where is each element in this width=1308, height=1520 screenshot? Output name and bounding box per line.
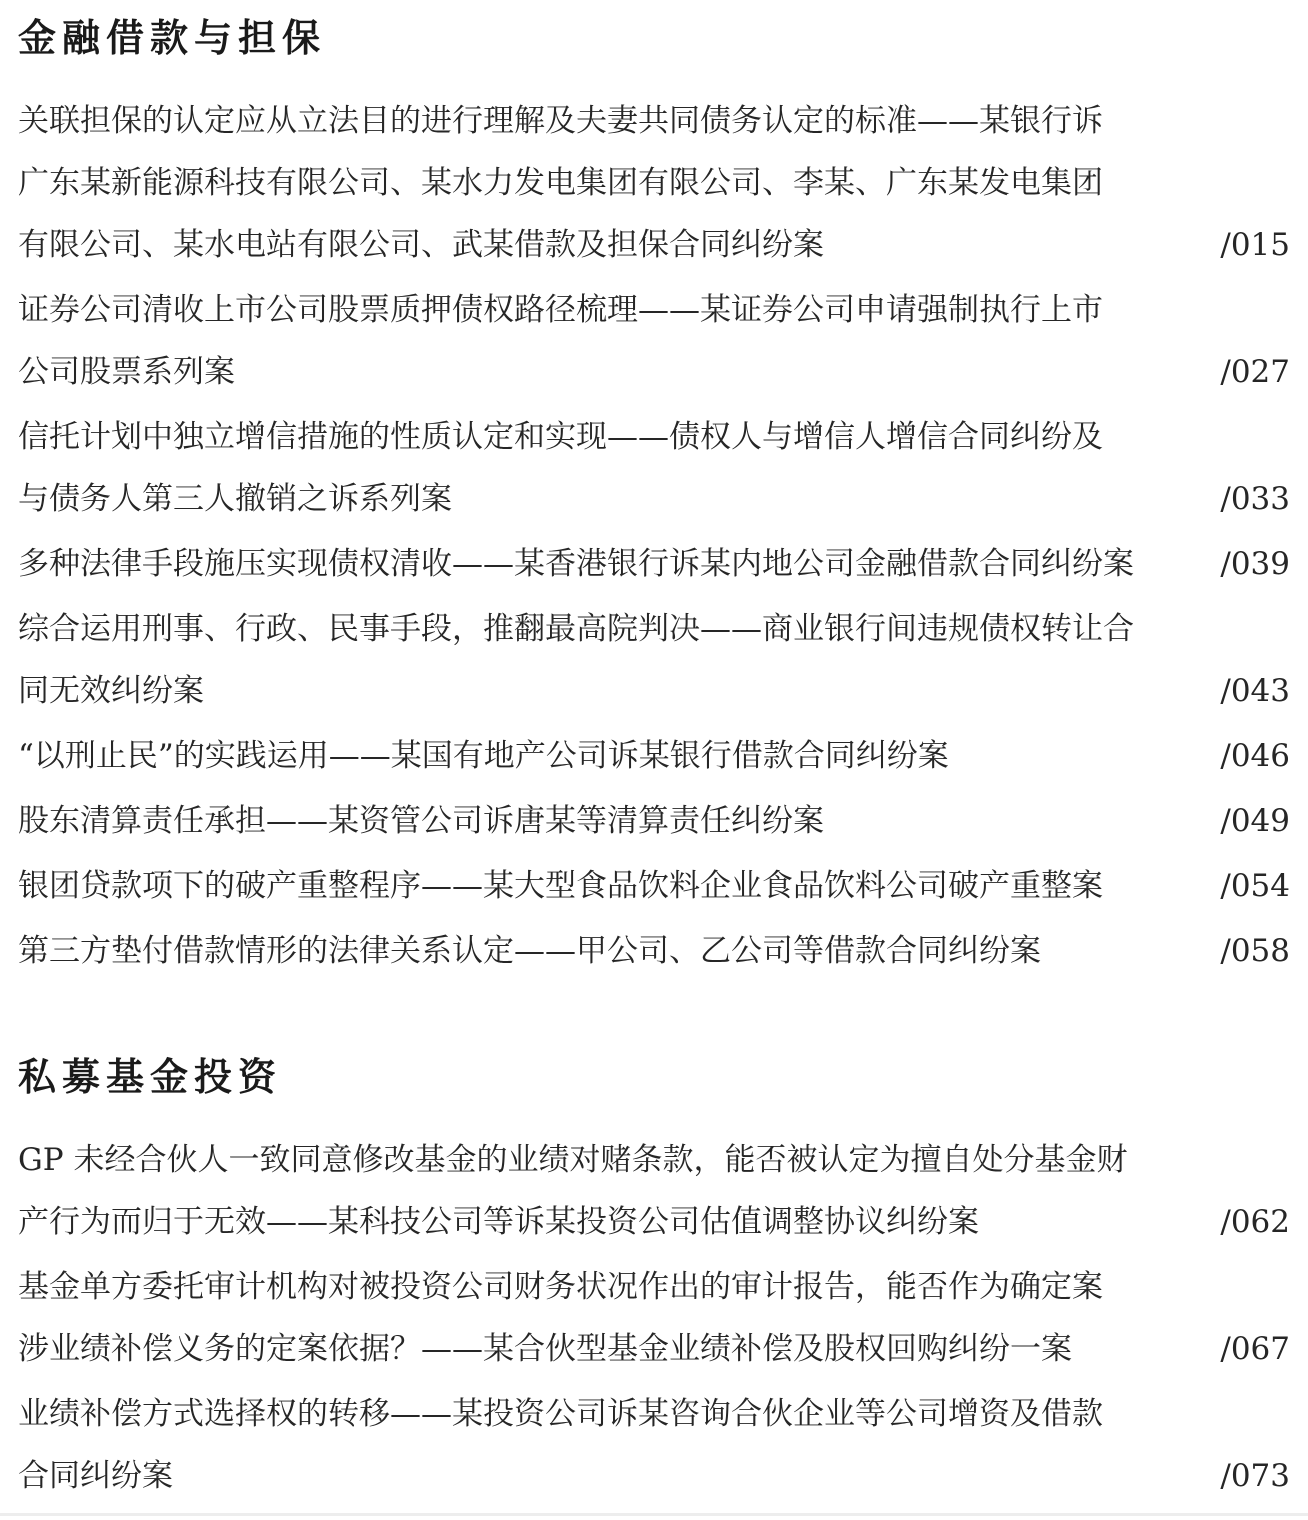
entry-line: 信托计划中独立增信措施的性质认定和实现——债权人与增信人增信合同纠纷及 [18, 406, 1290, 468]
page-number: /043 [1200, 660, 1290, 722]
entry-last-line: 与债务人第三人撤销之诉系列案 /033 [18, 468, 1290, 530]
toc-entry: 银团贷款项下的破产重整程序——某大型食品饮料企业食品饮料公司破产重整案 /054 [18, 855, 1290, 917]
entry-line: “以刑止民”的实践运用——某国有地产公司诉某银行借款合同纠纷案 [18, 725, 949, 787]
entry-line: 与债务人第三人撤销之诉系列案 [18, 468, 452, 530]
entry-line: 业绩补偿方式选择权的转移——某投资公司诉某咨询合伙企业等公司增资及借款 [18, 1383, 1290, 1445]
entry-line: 涉业绩补偿义务的定案依据？——某合伙型基金业绩补偿及股权回购纠纷一案 [18, 1318, 1072, 1380]
section-private-funds: 私募基金投资 GP 未经合伙人一致同意修改基金的业绩对赌条款，能否被认定为擅自处… [18, 1051, 1290, 1507]
toc-entry: 证券公司清收上市公司股票质押债权路径梳理——某证券公司申请强制执行上市 公司股票… [18, 279, 1290, 403]
page-number: /049 [1200, 790, 1290, 852]
entry-line: 产行为而归于无效——某科技公司等诉某投资公司估值调整协议纠纷案 [18, 1191, 979, 1253]
page-number: /067 [1200, 1318, 1290, 1380]
toc-entry: 业绩补偿方式选择权的转移——某投资公司诉某咨询合伙企业等公司增资及借款 合同纠纷… [18, 1383, 1290, 1507]
entry-line: GP 未经合伙人一致同意修改基金的业绩对赌条款，能否被认定为擅自处分基金财 [18, 1129, 1290, 1191]
entry-line: 广东某新能源科技有限公司、某水力发电集团有限公司、李某、广东某发电集团 [18, 152, 1290, 214]
toc-entry: 信托计划中独立增信措施的性质认定和实现——债权人与增信人增信合同纠纷及 与债务人… [18, 406, 1290, 530]
entry-last-line: 产行为而归于无效——某科技公司等诉某投资公司估值调整协议纠纷案 /062 [18, 1191, 1290, 1253]
toc-page: 金融借款与担保 关联担保的认定应从立法目的进行理解及夫妻共同债务认定的标准——某… [0, 0, 1308, 1520]
entry-last-line: “以刑止民”的实践运用——某国有地产公司诉某银行借款合同纠纷案 /046 [18, 725, 1290, 787]
page-number: /039 [1200, 533, 1290, 595]
entry-line: 关联担保的认定应从立法目的进行理解及夫妻共同债务认定的标准——某银行诉 [18, 90, 1290, 152]
page-number: /033 [1200, 468, 1290, 530]
entry-last-line: 合同纠纷案 /073 [18, 1445, 1290, 1507]
entry-line: 股东清算责任承担——某资管公司诉唐某等清算责任纠纷案 [18, 790, 824, 852]
page-number: /054 [1200, 855, 1290, 917]
page-number: /046 [1200, 725, 1290, 787]
entry-last-line: 同无效纠纷案 /043 [18, 660, 1290, 722]
entry-last-line: 有限公司、某水电站有限公司、武某借款及担保合同纠纷案 /015 [18, 214, 1290, 276]
page-number: /073 [1200, 1445, 1290, 1507]
entry-line: 基金单方委托审计机构对被投资公司财务状况作出的审计报告，能否作为确定案 [18, 1256, 1290, 1318]
toc-entry: 关联担保的认定应从立法目的进行理解及夫妻共同债务认定的标准——某银行诉 广东某新… [18, 90, 1290, 276]
toc-entry: “以刑止民”的实践运用——某国有地产公司诉某银行借款合同纠纷案 /046 [18, 725, 1290, 787]
page-number: /027 [1200, 341, 1290, 403]
entry-line: 第三方垫付借款情形的法律关系认定——甲公司、乙公司等借款合同纠纷案 [18, 920, 1041, 982]
toc-entry: 第三方垫付借款情形的法律关系认定——甲公司、乙公司等借款合同纠纷案 /058 [18, 920, 1290, 982]
entry-line: 证券公司清收上市公司股票质押债权路径梳理——某证券公司申请强制执行上市 [18, 279, 1290, 341]
section-title: 私募基金投资 [18, 1051, 1290, 1103]
toc-entry: 股东清算责任承担——某资管公司诉唐某等清算责任纠纷案 /049 [18, 790, 1290, 852]
entry-line: 银团贷款项下的破产重整程序——某大型食品饮料企业食品饮料公司破产重整案 [18, 855, 1103, 917]
toc-entry: 多种法律手段施压实现债权清收——某香港银行诉某内地公司金融借款合同纠纷案 /03… [18, 533, 1290, 595]
entry-last-line: 银团贷款项下的破产重整程序——某大型食品饮料企业食品饮料公司破产重整案 /054 [18, 855, 1290, 917]
entry-line: 有限公司、某水电站有限公司、武某借款及担保合同纠纷案 [18, 214, 824, 276]
entry-line: 合同纠纷案 [18, 1445, 173, 1507]
page-number: /058 [1200, 920, 1290, 982]
section-title: 金融借款与担保 [18, 12, 1290, 64]
entry-line: 综合运用刑事、行政、民事手段，推翻最高院判决——商业银行间违规债权转让合 [18, 598, 1290, 660]
toc-entry: 基金单方委托审计机构对被投资公司财务状况作出的审计报告，能否作为确定案 涉业绩补… [18, 1256, 1290, 1380]
page-number: /062 [1200, 1191, 1290, 1253]
page-edge-shadow [0, 1513, 1308, 1516]
entry-last-line: 多种法律手段施压实现债权清收——某香港银行诉某内地公司金融借款合同纠纷案 /03… [18, 533, 1290, 595]
section-finance-loans: 金融借款与担保 关联担保的认定应从立法目的进行理解及夫妻共同债务认定的标准——某… [18, 12, 1290, 982]
entry-line: 公司股票系列案 [18, 341, 235, 403]
entry-last-line: 第三方垫付借款情形的法律关系认定——甲公司、乙公司等借款合同纠纷案 /058 [18, 920, 1290, 982]
entry-last-line: 公司股票系列案 /027 [18, 341, 1290, 403]
entry-line: 多种法律手段施压实现债权清收——某香港银行诉某内地公司金融借款合同纠纷案 [18, 533, 1134, 595]
entry-last-line: 股东清算责任承担——某资管公司诉唐某等清算责任纠纷案 /049 [18, 790, 1290, 852]
entry-line: 同无效纠纷案 [18, 660, 204, 722]
toc-entry: GP 未经合伙人一致同意修改基金的业绩对赌条款，能否被认定为擅自处分基金财 产行… [18, 1129, 1290, 1253]
entry-last-line: 涉业绩补偿义务的定案依据？——某合伙型基金业绩补偿及股权回购纠纷一案 /067 [18, 1318, 1290, 1380]
toc-entry: 综合运用刑事、行政、民事手段，推翻最高院判决——商业银行间违规债权转让合 同无效… [18, 598, 1290, 722]
page-number: /015 [1200, 214, 1290, 276]
